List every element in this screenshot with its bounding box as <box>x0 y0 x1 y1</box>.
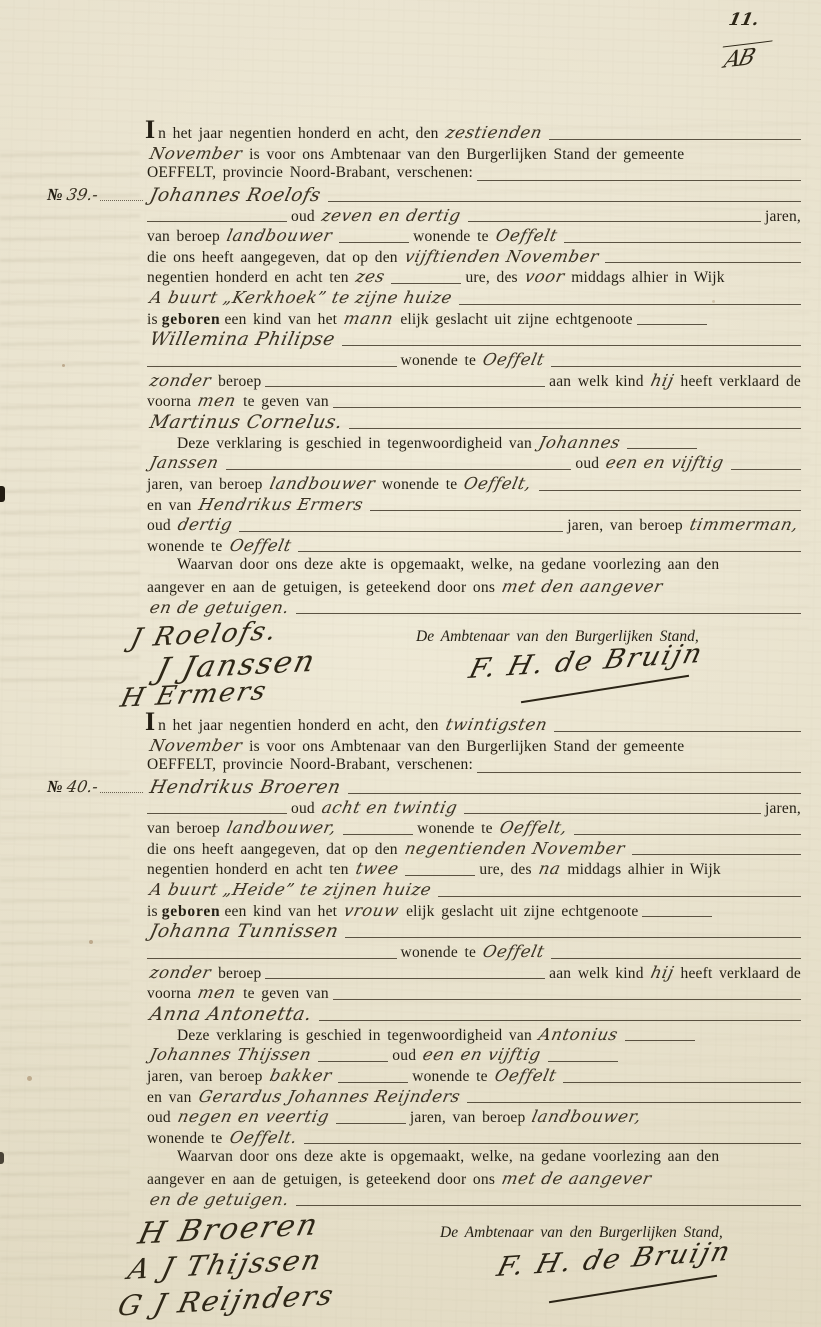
printed-text: Deze verklaring is geschied in tegenwoor… <box>177 1027 532 1045</box>
fill-line <box>333 407 801 408</box>
printed-text: middags alhier in Wijk <box>571 269 724 287</box>
fill-line <box>554 731 801 732</box>
handwritten-text: November <box>148 736 244 755</box>
printed-text: een kind van het <box>224 903 337 921</box>
act-number-value: 39.- <box>65 185 99 204</box>
printed-text: voorna <box>147 393 191 411</box>
fill-line <box>100 792 143 793</box>
fill-line <box>627 448 697 449</box>
fill-line <box>339 242 409 243</box>
form-line: Deze verklaring is geschied in tegenwoor… <box>145 1025 803 1046</box>
birth-act-39: № 39.- In het jaar negentien honderd en … <box>145 123 803 618</box>
page-number: 11. <box>727 10 761 30</box>
printed-text: wonende te <box>417 820 493 838</box>
form-line: en de getuigen. <box>145 598 803 619</box>
printed-text: voorna <box>147 985 191 1003</box>
fill-line <box>239 531 563 532</box>
printed-text: die ons heeft aangegeven, dat op den <box>147 841 398 859</box>
fill-line <box>349 428 801 429</box>
form-line: die ons heeft aangegeven, dat op denvijf… <box>145 247 803 268</box>
printed-text: aan welk kind <box>549 373 644 391</box>
fill-line <box>625 1040 695 1041</box>
printed-text: heeft verklaard de <box>681 965 801 983</box>
form-line: Waarvan door ons deze akte is opgemaakt,… <box>145 1148 803 1169</box>
form-line: wonende teOeffelt <box>145 942 803 963</box>
handwritten-name: Johannes Roelofs <box>148 185 323 206</box>
fill-line <box>100 200 143 201</box>
handwritten-text: Oeffelt <box>481 350 546 369</box>
form-line: Janssenoudeen en vijftig <box>145 453 803 474</box>
fill-line <box>468 221 761 222</box>
handwritten-text: landbouwer <box>268 474 377 493</box>
form-line: A buurt „Kerkhoek” te zijne huize <box>145 288 803 309</box>
printed-text: elijk geslacht uit zijne echtgenoote <box>400 311 632 329</box>
printed-text: aangever en aan de getuigen, is geteeken… <box>147 579 495 597</box>
form-line: Johannes Thijssenoudeen en vijftig <box>145 1045 803 1066</box>
fill-line <box>370 510 801 511</box>
printed-text: negentien honderd en acht ten <box>147 861 349 879</box>
act-number: № 40.- <box>47 777 143 797</box>
form-line: OEFFELT, provincie Noord-Brabant, versch… <box>145 756 803 777</box>
fill-line <box>548 1061 618 1062</box>
form-line: In het jaar negentien honderd en acht, d… <box>145 123 803 144</box>
printed-text: n het jaar negentien honderd en acht, de… <box>158 717 438 735</box>
form-line: oudacht en twintigjaren, <box>145 798 803 819</box>
printed-text: en van <box>147 497 192 515</box>
handwritten-text: landbouwer <box>225 226 334 245</box>
printed-text: wonende te <box>412 1068 488 1086</box>
fill-line <box>605 262 801 263</box>
witness-signature: H Ermers <box>118 676 271 714</box>
printed-text: beroep <box>218 965 261 983</box>
fill-line <box>551 366 801 367</box>
form-line: wonende teOeffelt. <box>145 1128 803 1149</box>
handwritten-name: Hendrikus Broeren <box>148 777 343 798</box>
printed-text: aangever en aan de getuigen, is geteeken… <box>147 1171 495 1189</box>
handwritten-text: Janssen <box>148 453 221 472</box>
handwritten-name: Johanna Tunnissen <box>148 921 341 942</box>
fill-line <box>391 283 461 284</box>
fill-line <box>147 958 397 959</box>
handwritten-text: acht en twintig <box>320 798 459 817</box>
form-line: Willemina Philipse <box>145 329 803 350</box>
handwritten-text: Oeffelt <box>494 226 559 245</box>
handwritten-text: negentienden November <box>403 839 627 858</box>
form-line: oudzeven en dertigjaren, <box>145 206 803 227</box>
form-line: isgeboreneen kind van hetvrouwelijk gesl… <box>145 901 803 922</box>
act-number-value: 40.- <box>65 777 99 796</box>
bleed-through <box>0 140 140 700</box>
fill-line <box>539 490 801 491</box>
fill-line <box>551 958 801 959</box>
printed-text: die ons heeft aangegeven, dat op den <box>147 249 398 267</box>
handwritten-text: mann <box>342 309 395 328</box>
printed-text: is voor ons Ambtenaar van den Burgerlijk… <box>249 738 684 756</box>
form-line: aangever en aan de getuigen, is geteeken… <box>145 1169 803 1190</box>
form-line: Hendrikus Broeren <box>145 777 803 798</box>
printed-text: beroep <box>218 373 261 391</box>
handwritten-text: Oeffelt <box>493 1066 558 1085</box>
handwritten-text: men <box>196 391 238 410</box>
form-line: en vanGerardus Johannes Reijnders <box>145 1087 803 1108</box>
fill-line <box>632 854 802 855</box>
form-line: negentien honderd en acht tenzesure, des… <box>145 267 803 288</box>
handwritten-text: Oeffelt, <box>462 474 533 493</box>
handwritten-text: November <box>148 144 244 163</box>
form-line: Deze verklaring is geschied in tegenwoor… <box>145 433 803 454</box>
handwritten-text: Johannes Thijssen <box>148 1045 313 1064</box>
fill-line <box>477 772 801 773</box>
form-line: jaren, van beroeplandbouwerwonende teOef… <box>145 474 803 495</box>
officiant-paraph-icon: AB <box>715 40 772 74</box>
fill-line <box>549 139 801 140</box>
handwritten-text: bakker <box>268 1066 334 1085</box>
printed-text: een kind van het <box>224 311 337 329</box>
numero-icon: № <box>47 777 63 797</box>
printed-text: elijk geslacht uit zijne echtgenoote <box>406 903 638 921</box>
fill-line <box>147 813 287 814</box>
handwritten-text: twee <box>354 859 401 878</box>
fill-line <box>265 386 545 387</box>
fill-line <box>338 1082 408 1083</box>
form-line: die ons heeft aangegeven, dat op dennege… <box>145 839 803 860</box>
handwritten-text: landbouwer, <box>530 1107 643 1126</box>
printed-text: wonende te <box>401 352 477 370</box>
printed-text: jaren, van beroep <box>147 1068 263 1086</box>
fill-line <box>464 813 761 814</box>
form-line: negentien honderd en acht tentweeure, de… <box>145 859 803 880</box>
foxing-spot <box>62 364 65 367</box>
printed-text: wonende te <box>147 538 223 556</box>
printed-text: Deze verklaring is geschied in tegenwoor… <box>177 435 532 453</box>
act-39-signatures: J Roelofs. J Janssen H Ermers De Ambtena… <box>120 618 810 718</box>
form-line: voornamente geven van <box>145 391 803 412</box>
handwritten-text: en de getuigen. <box>148 1190 291 1209</box>
printed-text: wonende te <box>413 228 489 246</box>
fill-line <box>342 345 801 346</box>
act-40-signatures: H Broeren A J Thijssen G J Reijnders De … <box>118 1210 808 1325</box>
bleed-through <box>0 760 130 1280</box>
printed-text: is <box>147 903 158 921</box>
fill-line <box>318 1061 388 1062</box>
printed-text: en van <box>147 1089 192 1107</box>
printed-text: ure, des <box>465 269 517 287</box>
printed-text: OEFFELT, provincie Noord-Brabant, versch… <box>147 164 473 182</box>
form-line: OEFFELT, provincie Noord-Brabant, versch… <box>145 164 803 185</box>
handwritten-text: met den aangever <box>500 577 665 596</box>
handwritten-text: na <box>537 859 563 878</box>
fill-line <box>348 793 801 794</box>
printed-text: negentien honderd en acht ten <box>147 269 349 287</box>
handwritten-text: men <box>196 983 238 1002</box>
handwritten-text: A buurt „Kerkhoek” te zijne huize <box>148 288 454 307</box>
act-number: № 39.- <box>47 185 143 205</box>
handwritten-text: hij <box>649 371 676 390</box>
foxing-spot <box>89 940 93 944</box>
form-line: van beroeplandbouwerwonende teOeffelt <box>145 226 803 247</box>
form-line: jaren, van beroepbakkerwonende teOeffelt <box>145 1066 803 1087</box>
act-40-lines: In het jaar negentien honderd en acht, d… <box>145 715 803 1210</box>
printed-text: wonende te <box>401 944 477 962</box>
handwritten-name: Martinus Cornelus. <box>148 412 345 433</box>
handwritten-name: Anna Antonetta. <box>148 1004 314 1025</box>
printed-text: is <box>147 311 158 329</box>
printed-text: oud <box>291 208 315 226</box>
handwritten-text: voor <box>523 267 567 286</box>
form-line: voornamente geven van <box>145 983 803 1004</box>
printed-text: jaren, <box>765 800 801 818</box>
form-line: Martinus Cornelus. <box>145 412 803 433</box>
form-line: Johannes Roelofs <box>145 185 803 206</box>
fill-line <box>333 999 801 1000</box>
fill-line <box>345 937 801 938</box>
printed-text: ure, des <box>479 861 531 879</box>
handwritten-text: landbouwer, <box>225 818 338 837</box>
printed-text-bold: geboren <box>162 311 221 329</box>
form-line: wonende teOeffelt <box>145 536 803 557</box>
signature-flourish <box>549 1275 717 1304</box>
fill-line <box>731 469 801 470</box>
form-line: oudnegen en veertigjaren, van beroepland… <box>145 1107 803 1128</box>
form-line: wonende teOeffelt <box>145 350 803 371</box>
form-line: Anna Antonetta. <box>145 1004 803 1025</box>
form-line: Novemberis voor ons Ambtenaar van den Bu… <box>145 144 803 165</box>
fill-line <box>298 551 801 552</box>
handwritten-text: zonder <box>148 963 213 982</box>
handwritten-text: A buurt „Heide” te zijnen huize <box>148 880 433 899</box>
handwritten-text: zeven en dertig <box>320 206 463 225</box>
handwritten-text: Johannes <box>537 433 622 452</box>
printed-text: oud <box>291 800 315 818</box>
fill-line <box>336 1123 406 1124</box>
printed-text: OEFFELT, provincie Noord-Brabant, versch… <box>147 756 473 774</box>
act-39-lines: In het jaar negentien honderd en acht, d… <box>145 123 803 618</box>
printed-text: aan welk kind <box>549 965 644 983</box>
fill-line <box>226 469 572 470</box>
fill-line <box>405 875 475 876</box>
form-line: Waarvan door ons deze akte is opgemaakt,… <box>145 556 803 577</box>
fill-line <box>319 1020 801 1021</box>
printed-text: jaren, van beroep <box>410 1109 526 1127</box>
printed-text: te geven van <box>243 985 329 1003</box>
handwritten-text: vijftienden November <box>403 247 601 266</box>
printed-text: van beroep <box>147 820 220 838</box>
fill-line <box>642 916 712 917</box>
handwritten-text: zestienden <box>444 123 544 142</box>
printed-text: wonende te <box>382 476 458 494</box>
paper-edge-mark <box>0 486 5 502</box>
printed-text: oud <box>392 1047 416 1065</box>
form-line: zonderberoepaan welk kindhijheeft verkla… <box>145 963 803 984</box>
witness-signature: G J Reijnders <box>115 1278 339 1322</box>
fill-line <box>637 324 707 325</box>
fill-line <box>328 201 801 202</box>
printed-text: van beroep <box>147 228 220 246</box>
form-line: aangever en aan de getuigen, is geteeken… <box>145 577 803 598</box>
handwritten-text: zonder <box>148 371 213 390</box>
handwritten-name: Willemina Philipse <box>148 329 337 350</box>
fill-line <box>564 242 801 243</box>
printed-text: is voor ons Ambtenaar van den Burgerlijk… <box>249 146 684 164</box>
handwritten-text: en de getuigen. <box>148 598 291 617</box>
fill-line <box>296 1205 801 1206</box>
printed-text: oud <box>575 455 599 473</box>
fill-line <box>438 896 801 897</box>
fill-line <box>304 1143 801 1144</box>
form-line: en vanHendrikus Ermers <box>145 495 803 516</box>
handwritten-text: Gerardus Johannes Reijnders <box>197 1087 462 1106</box>
printed-text: Waarvan door ons deze akte is opgemaakt,… <box>177 1148 719 1166</box>
printed-text: jaren, <box>765 208 801 226</box>
printed-text: wonende te <box>147 1130 223 1148</box>
printed-text: oud <box>147 1109 171 1127</box>
form-line: Novemberis voor ons Ambtenaar van den Bu… <box>145 736 803 757</box>
official-signature: F. H. de Bruijn <box>494 1236 735 1283</box>
handwritten-text: Oeffelt <box>481 942 546 961</box>
fill-line <box>296 613 801 614</box>
fill-line <box>147 221 287 222</box>
handwritten-text: een en vijftig <box>421 1045 543 1064</box>
form-line: isgeboreneen kind van hetmannelijk gesla… <box>145 309 803 330</box>
paper-edge-mark <box>0 1152 4 1164</box>
handwritten-text: Hendrikus Ermers <box>197 495 365 514</box>
handwritten-text: negen en veertig <box>176 1107 331 1126</box>
handwritten-text: hij <box>649 963 676 982</box>
handwritten-text: een en vijftig <box>604 453 726 472</box>
handwritten-text: Antonius <box>537 1025 620 1044</box>
fill-line <box>147 366 397 367</box>
foxing-spot <box>27 1076 32 1081</box>
form-line: In het jaar negentien honderd en acht, d… <box>145 715 803 736</box>
handwritten-text: Oeffelt, <box>498 818 569 837</box>
document-page: { "page": { "folio_number": "11.", "para… <box>0 0 821 1327</box>
printed-text: jaren, van beroep <box>147 476 263 494</box>
fill-line <box>459 304 801 305</box>
handwritten-text: Oeffelt <box>227 536 292 555</box>
form-line: zonderberoepaan welk kindhijheeft verkla… <box>145 371 803 392</box>
fill-line <box>343 834 413 835</box>
fill-line <box>563 1082 801 1083</box>
printed-text: Waarvan door ons deze akte is opgemaakt,… <box>177 556 719 574</box>
form-line: van beroeplandbouwer,wonende teOeffelt, <box>145 818 803 839</box>
handwritten-text: timmerman, <box>688 515 800 534</box>
handwritten-text: Oeffelt. <box>227 1128 298 1147</box>
fill-line <box>574 834 801 835</box>
form-line: en de getuigen. <box>145 1190 803 1211</box>
printed-text: oud <box>147 517 171 535</box>
numero-icon: № <box>47 185 63 205</box>
printed-text-bold: geboren <box>162 903 221 921</box>
printed-text: heeft verklaard de <box>681 373 801 391</box>
printed-text: n het jaar negentien honderd en acht, de… <box>158 125 438 143</box>
handwritten-text: twintigsten <box>444 715 549 734</box>
fill-line <box>467 1102 801 1103</box>
form-line: Johanna Tunnissen <box>145 921 803 942</box>
fill-line <box>265 978 545 979</box>
fill-line <box>477 180 801 181</box>
handwritten-text: vrouw <box>342 901 401 920</box>
printed-text: te geven van <box>243 393 329 411</box>
handwritten-text: dertig <box>176 515 234 534</box>
form-line: A buurt „Heide” te zijnen huize <box>145 880 803 901</box>
form-line: ouddertigjaren, van beroeptimmerman, <box>145 515 803 536</box>
handwritten-text: zes <box>354 267 387 286</box>
birth-act-40: № 40.- In het jaar negentien honderd en … <box>145 715 803 1210</box>
printed-text: middags alhier in Wijk <box>567 861 720 879</box>
handwritten-text: met de aangever <box>500 1169 654 1188</box>
printed-text: jaren, van beroep <box>567 517 683 535</box>
